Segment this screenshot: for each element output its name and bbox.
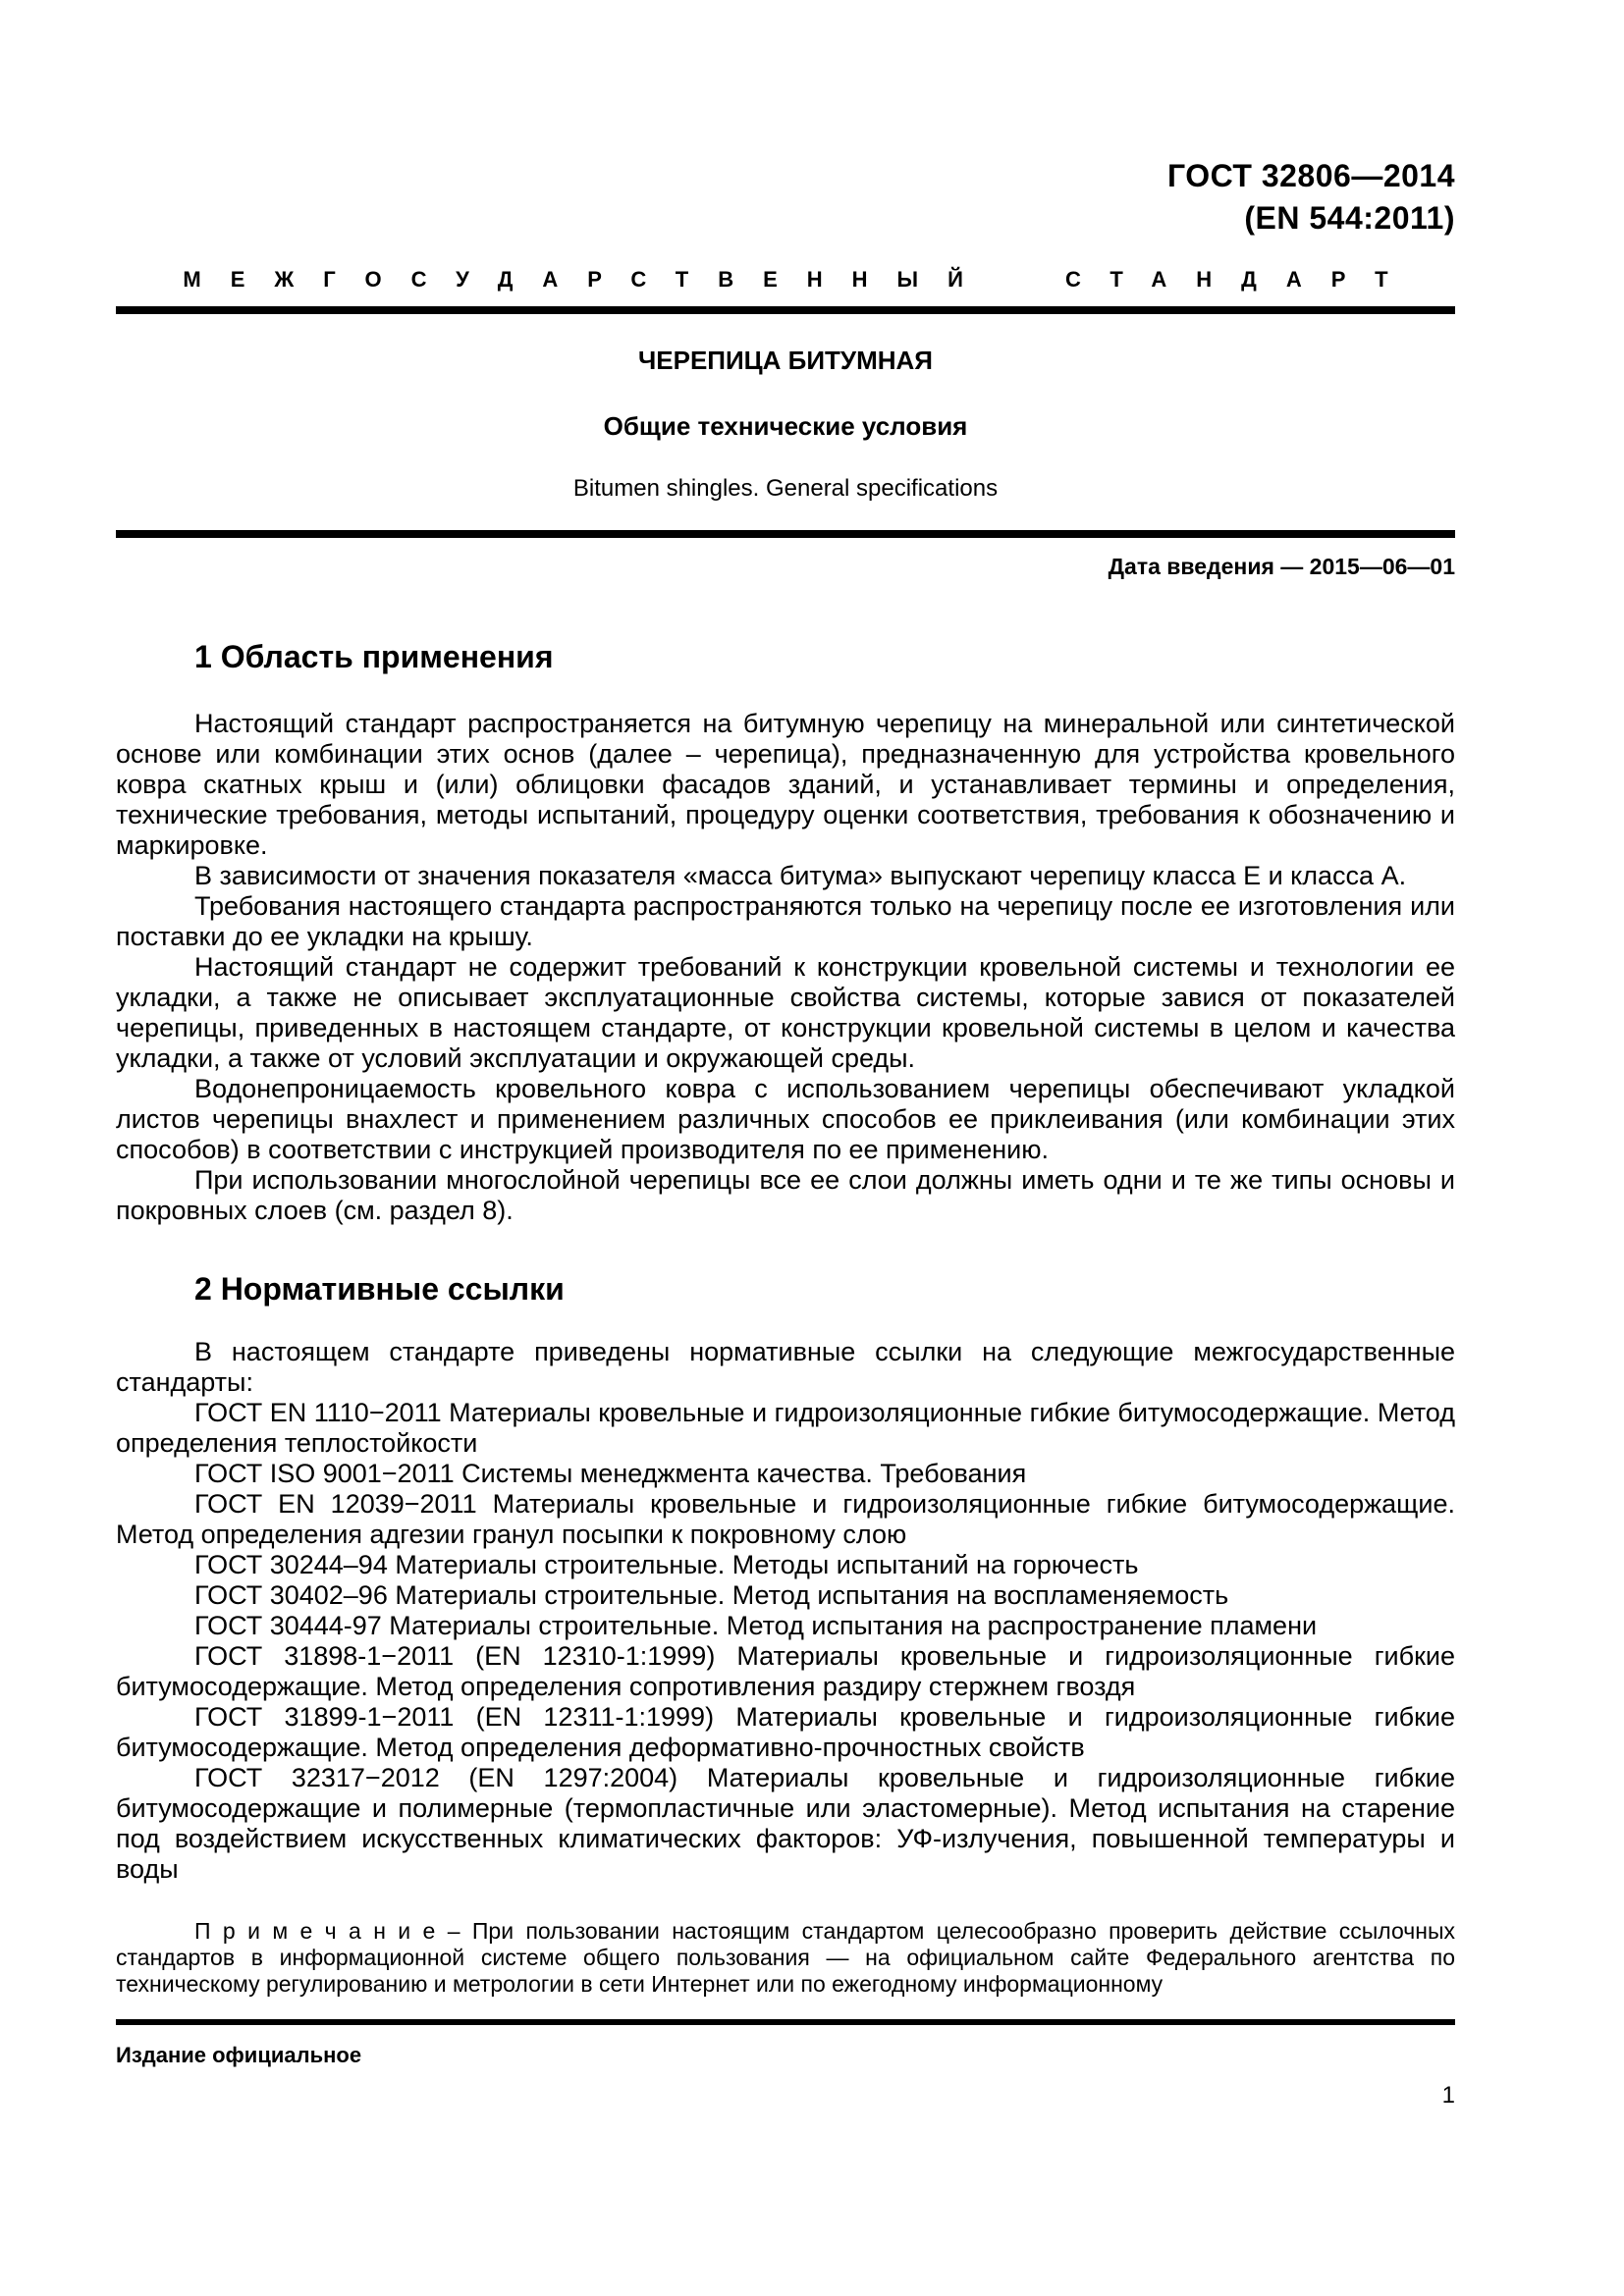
doc-code: ГОСТ 32806—2014: [116, 155, 1455, 197]
paragraph: В настоящем стандарте приведены норматив…: [116, 1337, 1455, 1398]
section-1-heading: 1 Область применения: [194, 639, 1455, 675]
reference-item: ГОСТ ISO 9001−2011 Системы менеджмента к…: [116, 1459, 1455, 1489]
title-divider: [116, 530, 1455, 538]
page: ГОСТ 32806—2014 (EN 544:2011) МЕЖГОСУДАР…: [0, 0, 1624, 2296]
note: П р и м е ч а н и е – При пользовании на…: [116, 1918, 1455, 1998]
reference-item: ГОСТ 32317−2012 (EN 1297:2004) Материалы…: [116, 1763, 1455, 1885]
doc-subtitle: Общие технические условия: [116, 411, 1455, 442]
standard-type-banner: МЕЖГОСУДАРСТВЕННЫЙ СТАНДАРТ: [116, 267, 1455, 293]
page-number: 1: [116, 2082, 1455, 2109]
footer-divider: [116, 2019, 1455, 2025]
doc-title: ЧЕРЕПИЦА БИТУМНАЯ: [116, 346, 1455, 376]
reference-item: ГОСТ 31899-1−2011 (EN 12311-1:1999) Мате…: [116, 1702, 1455, 1763]
doc-title-en: Bitumen shingles. General specifications: [116, 475, 1455, 503]
doc-code-en: (EN 544:2011): [116, 197, 1455, 240]
document-header: ГОСТ 32806—2014 (EN 544:2011): [116, 0, 1455, 240]
paragraph: Настоящий стандарт распространяется на б…: [116, 709, 1455, 861]
edition-label: Издание официальное: [116, 2043, 1455, 2068]
reference-item: ГОСТ 30444-97 Материалы строительные. Ме…: [116, 1611, 1455, 1641]
top-divider: [116, 306, 1455, 314]
reference-item: ГОСТ EN 1110−2011 Материалы кровельные и…: [116, 1398, 1455, 1459]
section-2-heading: 2 Нормативные ссылки: [194, 1271, 1455, 1308]
reference-item: ГОСТ 31898-1−2011 (EN 12310-1:1999) Мате…: [116, 1641, 1455, 1702]
effective-date: Дата введения — 2015—06—01: [116, 554, 1455, 580]
paragraph: В зависимости от значения показателя «ма…: [116, 861, 1455, 891]
reference-item: ГОСТ 30244–94 Материалы строительные. Ме…: [116, 1550, 1455, 1580]
reference-item: ГОСТ EN 12039−2011 Материалы кровельные …: [116, 1489, 1455, 1550]
paragraph: При использовании многослойной черепицы …: [116, 1165, 1455, 1226]
paragraph: Водонепроницаемость кровельного ковра с …: [116, 1074, 1455, 1165]
paragraph: Настоящий стандарт не содержит требовани…: [116, 952, 1455, 1074]
reference-item: ГОСТ 30402–96 Материалы строительные. Ме…: [116, 1580, 1455, 1611]
paragraph: Требования настоящего стандарта распрост…: [116, 891, 1455, 952]
